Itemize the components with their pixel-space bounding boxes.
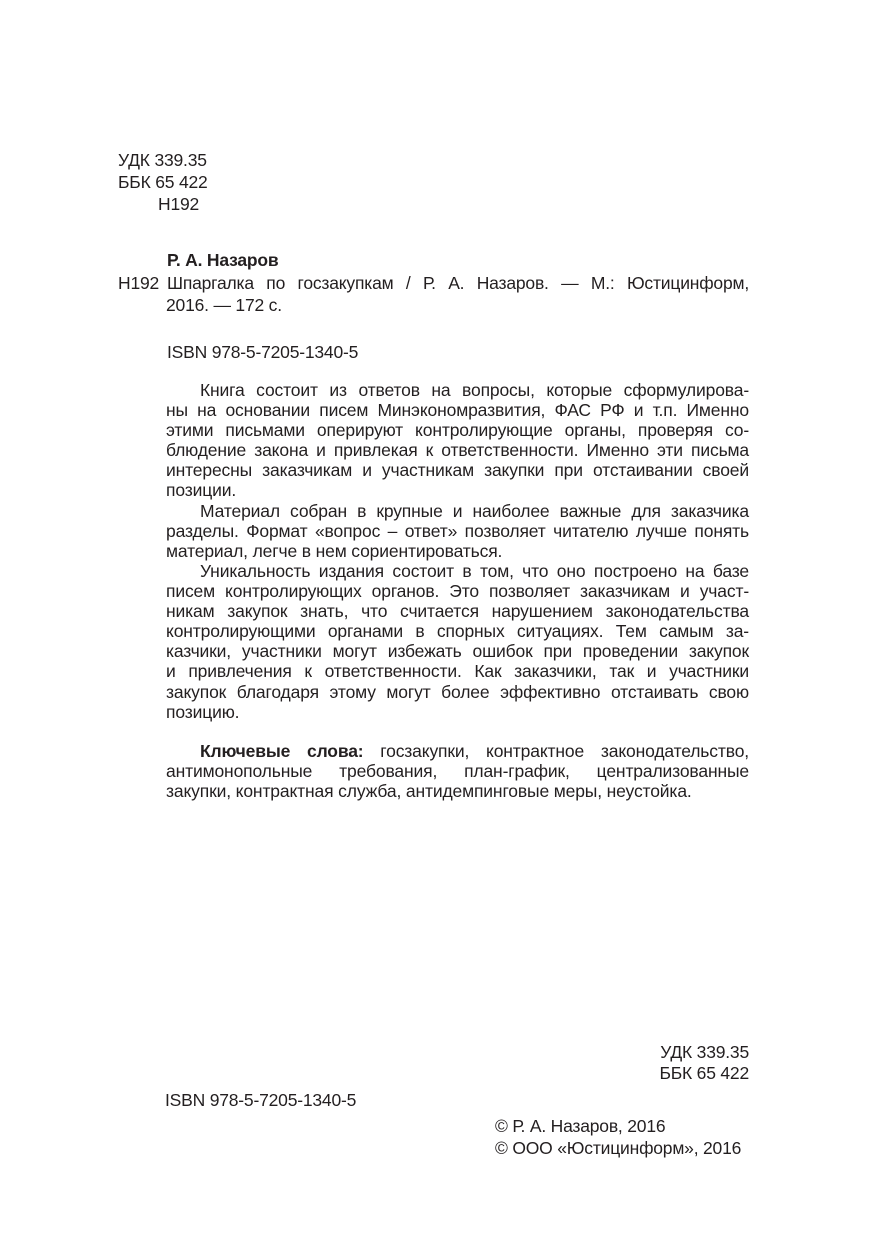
bbk-index: ББК 65 422 (118, 172, 208, 192)
text-line: этими письмами оперируют контролирующие … (166, 420, 749, 440)
text-line: интересны заказчикам и участникам закупк… (166, 460, 749, 480)
text-line: Уникальность издания состоит в том, что … (166, 561, 749, 581)
text-line: и привлечения к ответственности. Как зак… (166, 661, 749, 681)
text-line: позиции. (166, 480, 749, 500)
footer-bbk: ББК 65 422 (600, 1063, 749, 1083)
text-line: никам закупок знать, что считается наруш… (166, 601, 749, 621)
copyright-author: © Р. А. Назаров, 2016 (495, 1116, 665, 1136)
keywords-block: Ключевые слова: госзакупки, контрактное … (166, 741, 749, 801)
text-line: разделы. Формат «вопрос – ответ» позволя… (166, 521, 749, 541)
text-line: материал, легче в нем сориентироваться. (166, 541, 749, 561)
copyright-publisher: © ООО «Юстицинформ», 2016 (495, 1138, 741, 1158)
text-line: Материал собран в крупные и наиболее важ… (166, 501, 749, 521)
author-name: Р. А. Назаров (167, 250, 278, 270)
annotation-paragraph-1: Книга состоит из ответов на вопросы, кот… (166, 380, 749, 501)
text-line: контролирующими органами в спорных ситуа… (166, 621, 749, 641)
bib-title-line1: Шпаргалка по госзакупкам / Р. А. Назаров… (167, 273, 749, 293)
text-line: писем контролирующих органов. Это позвол… (166, 581, 749, 601)
text-line: ны на основании писем Минэкономразвития,… (166, 400, 749, 420)
bib-isbn: ISBN 978-5-7205-1340-5 (167, 342, 358, 362)
keywords-line: Ключевые слова: госзакупки, контрактное … (166, 741, 749, 761)
text-line: позицию. (166, 702, 749, 722)
keywords-line: закупки, контрактная служба, антидемпинг… (166, 781, 749, 801)
bib-author-mark: Н192 (118, 273, 159, 293)
text-line: Книга состоит из ответов на вопросы, кот… (166, 380, 749, 400)
keywords-label: Ключевые слова: (200, 741, 363, 761)
annotation-paragraph-3: Уникальность издания состоит в том, что … (166, 561, 749, 722)
text-line: блюдение закона и привлекая к ответствен… (166, 440, 749, 460)
footer-isbn: ISBN 978-5-7205-1340-5 (165, 1090, 356, 1110)
annotation-paragraph-2: Материал собран в крупные и наиболее важ… (166, 501, 749, 561)
bib-title-line2: 2016. — 172 с. (166, 295, 282, 315)
keywords-line: антимонопольные требования, план-график,… (166, 761, 749, 781)
udk-index: УДК 339.35 (118, 150, 207, 170)
author-mark: Н192 (158, 194, 199, 214)
text-line: закупок благодаря этому могут более эффе… (166, 682, 749, 702)
footer-udk: УДК 339.35 (600, 1042, 749, 1062)
text-line: казчики, участники могут избежать ошибок… (166, 641, 749, 661)
